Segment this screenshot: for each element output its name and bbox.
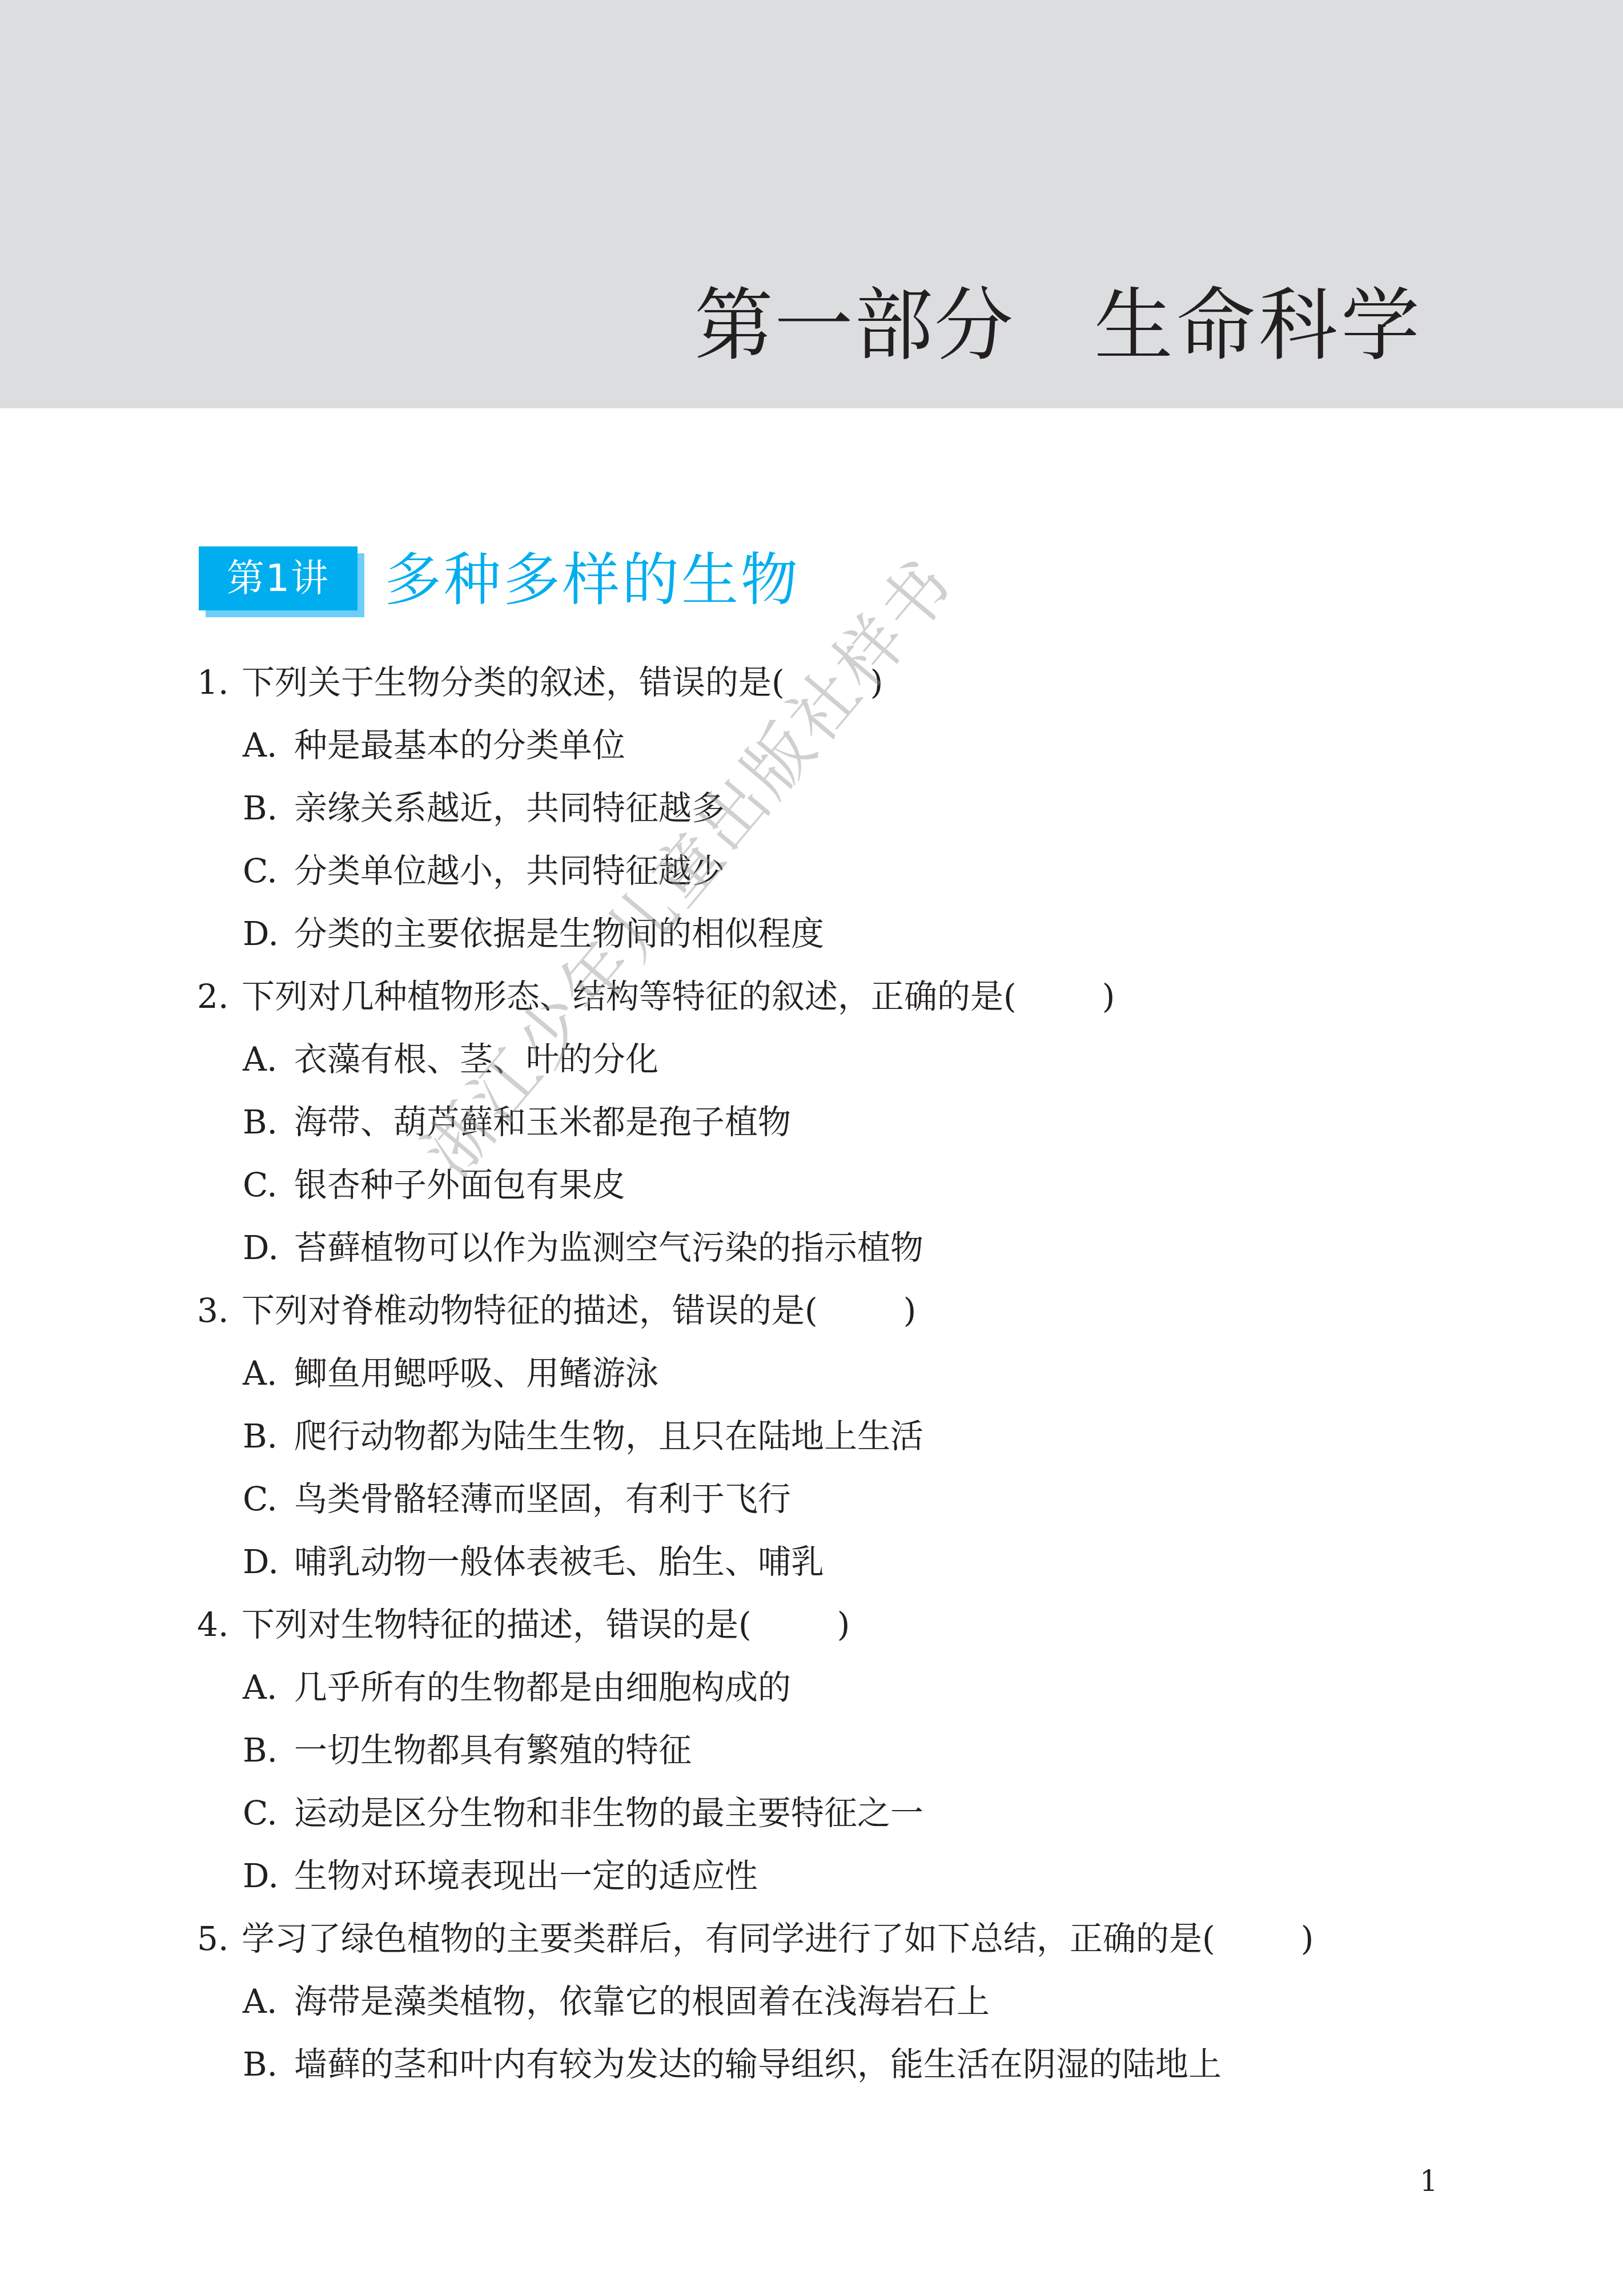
option-key: A. (243, 714, 294, 777)
option-text: 鸟类骨骼轻薄而坚固，有利于飞行 (294, 1479, 791, 1518)
option-key: C. (243, 1467, 294, 1530)
option-text: 衣藻有根、茎、叶的分化 (294, 1040, 658, 1079)
question-3: 3.下列对脊椎动物特征的描述，错误的是() (197, 1279, 1453, 1342)
option-3d: D.哺乳动物一般体表被毛、胎生、哺乳 (197, 1530, 1453, 1593)
option-4d: D.生物对环境表现出一定的适应性 (197, 1844, 1453, 1907)
option-text: 运动是区分生物和非生物的最主要特征之一 (294, 1794, 923, 1832)
lecture-title: 多种多样的生物 (384, 543, 800, 617)
option-text: 分类单位越小，共同特征越少 (294, 851, 725, 890)
question-stem: 学习了绿色植物的主要类群后，有同学进行了如下总结，正确的是( (242, 1919, 1215, 1958)
option-key: B. (243, 2033, 294, 2096)
option-2c: C.银杏种子外面包有果皮 (197, 1153, 1453, 1216)
option-text: 哺乳动物一般体表被毛、胎生、哺乳 (294, 1542, 824, 1581)
option-key: A. (243, 1342, 294, 1405)
option-key: D. (243, 1216, 294, 1279)
question-stem: 下列对生物特征的描述，错误的是( (242, 1605, 752, 1644)
option-4a: A.几乎所有的生物都是由细胞构成的 (197, 1656, 1453, 1719)
question-number: 4. (197, 1593, 242, 1656)
option-text: 苔藓植物可以作为监测空气污染的指示植物 (294, 1228, 923, 1267)
option-text: 墙藓的茎和叶内有较为发达的输导组织，能生活在阴湿的陆地上 (294, 2045, 1222, 2084)
question-4: 4.下列对生物特征的描述，错误的是() (197, 1593, 1453, 1656)
option-2b: B.海带、葫芦藓和玉米都是孢子植物 (197, 1091, 1453, 1153)
option-key: D. (243, 1530, 294, 1593)
option-key: C. (243, 1153, 294, 1216)
option-key: B. (243, 777, 294, 839)
option-key: B. (243, 1405, 294, 1467)
option-4b: B.一切生物都具有繁殖的特征 (197, 1719, 1453, 1782)
option-3a: A.鲫鱼用鳃呼吸、用鳍游泳 (197, 1342, 1453, 1405)
option-key: A. (243, 1028, 294, 1091)
question-number: 5. (197, 1907, 242, 1970)
part-name: 生命科学 (1094, 279, 1423, 371)
option-key: D. (243, 902, 294, 965)
question-number: 1. (197, 651, 242, 714)
option-text: 几乎所有的生物都是由细胞构成的 (294, 1668, 791, 1707)
option-text: 爬行动物都为陆生生物，且只在陆地上生活 (294, 1417, 923, 1455)
option-1c: C.分类单位越小，共同特征越少 (197, 839, 1453, 902)
option-text: 亲缘关系越近，共同特征越多 (294, 789, 725, 827)
option-5a: A.海带是藻类植物，依靠它的根固着在浅海岩石上 (197, 1970, 1453, 2033)
answer-close-paren: ) (870, 663, 883, 702)
option-key: D. (243, 1844, 294, 1907)
option-text: 分类的主要依据是生物间的相似程度 (294, 914, 824, 953)
answer-close-paren: ) (1301, 1919, 1314, 1958)
option-text: 银杏种子外面包有果皮 (294, 1165, 625, 1204)
question-stem: 下列关于生物分类的叙述，错误的是( (242, 663, 785, 702)
option-1b: B.亲缘关系越近，共同特征越多 (197, 777, 1453, 839)
option-text: 一切生物都具有繁殖的特征 (294, 1731, 692, 1770)
option-1d: D.分类的主要依据是生物间的相似程度 (197, 902, 1453, 965)
question-5: 5.学习了绿色植物的主要类群后，有同学进行了如下总结，正确的是() (197, 1907, 1453, 1970)
option-text: 海带、葫芦藓和玉米都是孢子植物 (294, 1103, 791, 1141)
question-number: 3. (197, 1279, 242, 1342)
answer-close-paren: ) (837, 1605, 850, 1644)
option-5b: B.墙藓的茎和叶内有较为发达的输导组织，能生活在阴湿的陆地上 (197, 2033, 1453, 2096)
option-key: C. (243, 839, 294, 902)
option-text: 鲫鱼用鳃呼吸、用鳍游泳 (294, 1354, 658, 1393)
answer-close-paren: ) (1102, 977, 1115, 1016)
question-number: 2. (197, 965, 242, 1028)
question-2: 2.下列对几种植物形态、结构等特征的叙述，正确的是() (197, 965, 1453, 1028)
part-label: 第一部分 (694, 279, 1014, 371)
option-text: 海带是藻类植物，依靠它的根固着在浅海岩石上 (294, 1982, 990, 2021)
option-4c: C.运动是区分生物和非生物的最主要特征之一 (197, 1782, 1453, 1844)
option-key: A. (243, 1656, 294, 1719)
option-key: A. (243, 1970, 294, 2033)
lecture-badge: 第1讲 (199, 546, 357, 610)
option-3c: C.鸟类骨骼轻薄而坚固，有利于飞行 (197, 1467, 1453, 1530)
answer-close-paren: ) (903, 1291, 917, 1330)
question-1: 1.下列关于生物分类的叙述，错误的是() (197, 651, 1453, 714)
option-key: B. (243, 1091, 294, 1153)
question-list: 1.下列关于生物分类的叙述，错误的是() A.种是最基本的分类单位 B.亲缘关系… (197, 651, 1453, 2096)
option-text: 种是最基本的分类单位 (294, 726, 625, 765)
option-3b: B.爬行动物都为陆生生物，且只在陆地上生活 (197, 1405, 1453, 1467)
option-2d: D.苔藓植物可以作为监测空气污染的指示植物 (197, 1216, 1453, 1279)
question-stem: 下列对脊椎动物特征的描述，错误的是( (242, 1291, 818, 1330)
part-title: 第一部分生命科学 (694, 280, 1423, 371)
page-number: 1 (1420, 2164, 1438, 2198)
option-key: C. (243, 1782, 294, 1844)
question-stem: 下列对几种植物形态、结构等特征的叙述，正确的是( (242, 977, 1017, 1016)
option-text: 生物对环境表现出一定的适应性 (294, 1856, 758, 1895)
option-key: B. (243, 1719, 294, 1782)
option-1a: A.种是最基本的分类单位 (197, 714, 1453, 777)
option-2a: A.衣藻有根、茎、叶的分化 (197, 1028, 1453, 1091)
